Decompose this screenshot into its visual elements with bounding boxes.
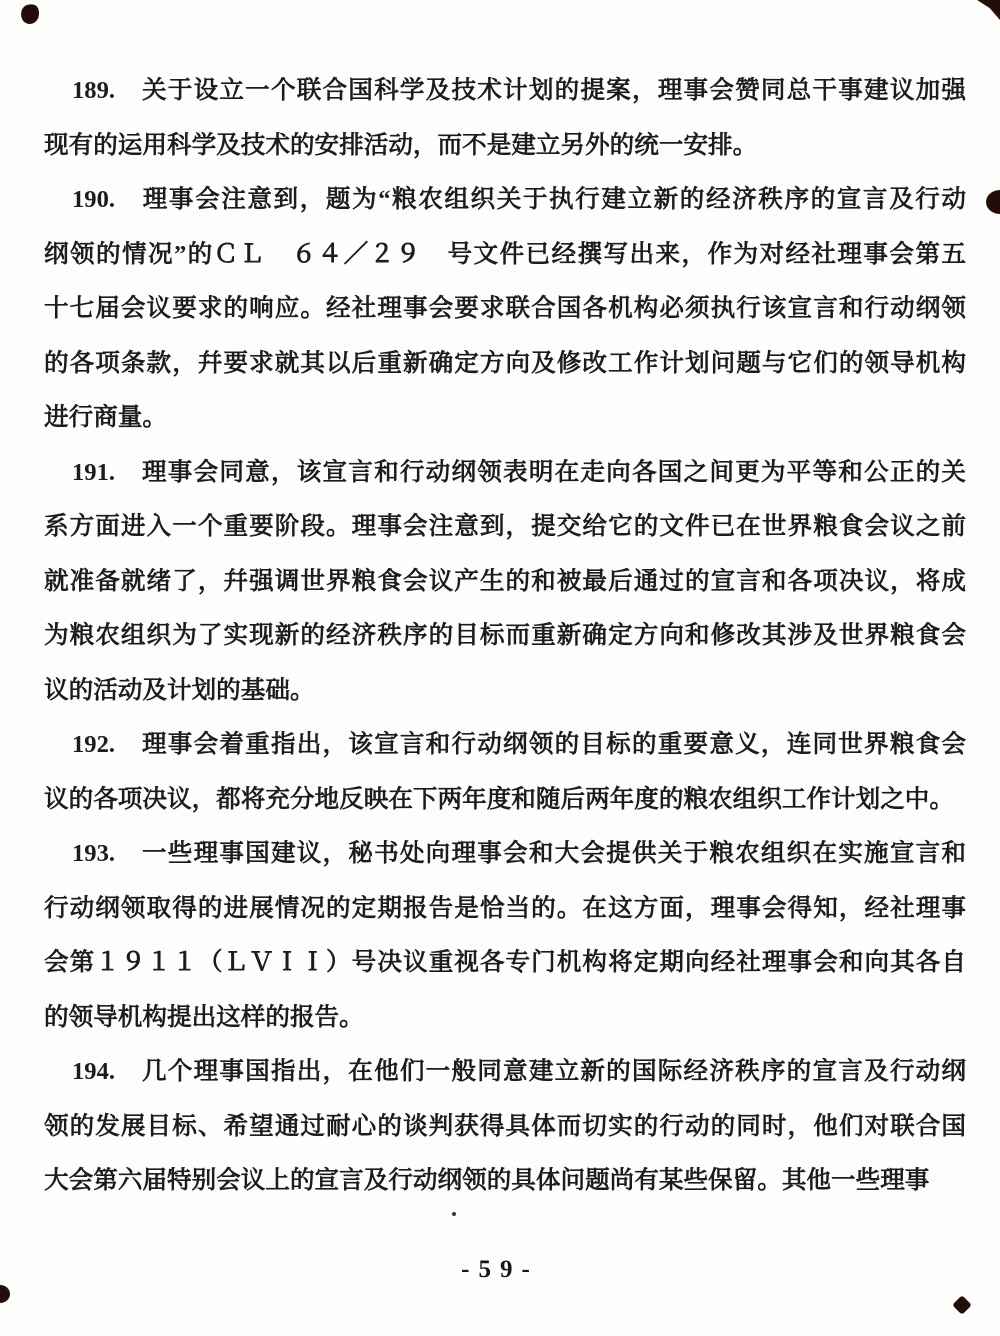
- paragraph-189: 189. 关于设立一个联合国科学及技术计划的提案，理事会赞同总干事建议加强 现有…: [44, 64, 966, 173]
- text-line: 行动纲领取得的进展情况的定期报告是恰当的。在这方面，理事会得知，经社理事: [44, 882, 966, 937]
- paragraph-193: 193. 一些理事国建议，秘书处向理事会和大会提供关于粮农组织在实施宣言和 行动…: [44, 827, 966, 1045]
- text-line: 进行商量。: [44, 391, 966, 446]
- text-line: 领的发展目标、希望通过耐心的谈判获得具体而切实的行动的同时，他们对联合国: [44, 1100, 966, 1155]
- page-number: -59-: [0, 1256, 1000, 1284]
- paragraph-191: 191. 理事会同意，该宣言和行动纲领表明在走向各国之间更为平等和公正的关 系方…: [44, 446, 966, 719]
- text-line: 大会第六届特别会议上的宣言及行动纲领的具体问题尚有某些保留。其他一些理事: [44, 1154, 966, 1209]
- paragraph-192: 192. 理事会着重指出，该宣言和行动纲领的目标的重要意义，连同世界粮食会 议的…: [44, 718, 966, 827]
- scan-ink-blot: [0, 1285, 10, 1303]
- text-line: 192. 理事会着重指出，该宣言和行动纲领的目标的重要意义，连同世界粮食会: [44, 718, 966, 773]
- text-line: 就准备就绪了，幷强调世界粮食会议产生的和被最后通过的宣言和各项决议，将成: [44, 555, 966, 610]
- text-line: 189. 关于设立一个联合国科学及技术计划的提案，理事会赞同总干事建议加强: [44, 64, 966, 119]
- scan-speck: [452, 1212, 456, 1216]
- document-page: 189. 关于设立一个联合国科学及技术计划的提案，理事会赞同总干事建议加强 现有…: [0, 0, 1000, 1336]
- text-line: 为粮农组织为了实现新的经济秩序的目标而重新确定方向和修改其涉及世界粮食会: [44, 609, 966, 664]
- text-line: 191. 理事会同意，该宣言和行动纲领表明在走向各国之间更为平等和公正的关: [44, 446, 966, 501]
- text-line: 会第１９１１（ＬＶＩＩ）号决议重视各专门机构将定期向经社理事会和向其各自: [44, 936, 966, 991]
- scan-ink-blot: [986, 190, 1000, 214]
- page-content: 189. 关于设立一个联合国科学及技术计划的提案，理事会赞同总干事建议加强 现有…: [44, 64, 966, 1209]
- scan-ink-blot: [974, 0, 1000, 20]
- text-line: 议的各项决议，都将充分地反映在下两年度和随后两年度的粮农组织工作计划之中。: [44, 773, 966, 828]
- text-line: 十七届会议要求的响应。经社理事会要求联合国各机构必须执行该宣言和行动纲领: [44, 282, 966, 337]
- paragraph-194: 194. 几个理事国指出，在他们一般同意建立新的国际经济秩序的宣言及行动纲 领的…: [44, 1045, 966, 1209]
- text-line: 194. 几个理事国指出，在他们一般同意建立新的国际经济秩序的宣言及行动纲: [44, 1045, 966, 1100]
- text-line: 的各项条款，幷要求就其以后重新确定方向及修改工作计划问题与它们的领导机构: [44, 337, 966, 392]
- text-line: 系方面进入一个重要阶段。理事会注意到，提交给它的文件已在世界粮食会议之前: [44, 500, 966, 555]
- text-line: 193. 一些理事国建议，秘书处向理事会和大会提供关于粮农组织在实施宣言和: [44, 827, 966, 882]
- paragraph-190: 190. 理事会注意到，题为“粮农组织关于执行建立新的经济秩序的宣言及行动 纲领…: [44, 173, 966, 446]
- scan-ink-blot: [18, 2, 41, 27]
- scan-ink-blot: [952, 1295, 972, 1315]
- text-line: 议的活动及计划的基础。: [44, 664, 966, 719]
- text-line: 纲领的情况”的ＣＬ ６４／２９ 号文件已经撰写出来，作为对经社理事会第五: [44, 228, 966, 283]
- text-line: 190. 理事会注意到，题为“粮农组织关于执行建立新的经济秩序的宣言及行动: [44, 173, 966, 228]
- text-line: 现有的运用科学及技术的安排活动，而不是建立另外的统一安排。: [44, 119, 966, 174]
- text-line: 的领导机构提出这样的报告。: [44, 991, 966, 1046]
